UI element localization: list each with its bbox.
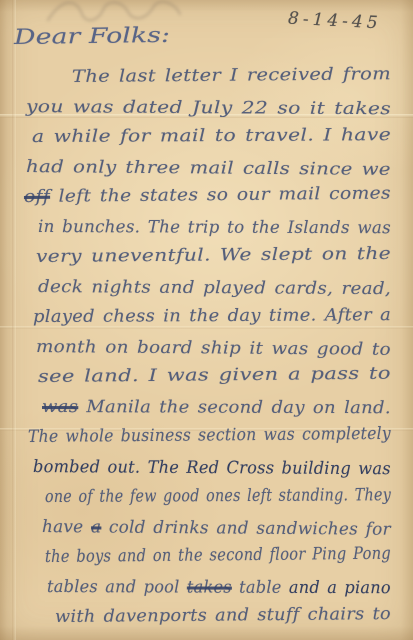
line-text: you was dated July 22 so it takes — [26, 92, 391, 124]
letter-salutation: Dear Folks: — [14, 23, 170, 49]
line-segment: with davenports and stuff chairs to — [55, 604, 391, 627]
line-text: The last letter I received from — [72, 59, 391, 92]
letter-line: off left the states so our mail comes — [0, 182, 413, 212]
letter-line: was Manila the second day on land. — [0, 392, 413, 422]
line-segment: a while for mail to travel. I have — [32, 125, 391, 147]
line-segment: you was dated July 22 so it takes — [26, 97, 391, 119]
line-segment: one of the few good ones left standing. … — [45, 485, 391, 507]
line-segment: Manila the second day on land. — [78, 397, 391, 418]
letter-line: deck nights and played cards, read, — [0, 272, 413, 302]
letter-line: with davenports and stuff chairs to — [0, 602, 413, 632]
letter-line: The last letter I received from — [0, 62, 413, 92]
line-text: off left the states so our mail comes — [24, 178, 391, 212]
line-segment: played chess in the day time. After a — [33, 305, 391, 327]
line-segment: the boys and on the second floor Ping Po… — [45, 544, 391, 567]
letter-line: in bunches. The trip to the Islands was — [0, 212, 413, 242]
line-text: with davenports and stuff chairs to — [55, 599, 391, 632]
letter-line: tables and pool takes table and a piano — [0, 572, 413, 602]
line-segment: have — [42, 517, 91, 537]
letter-paper: 8-14-45 Dear Folks: The last letter I re… — [0, 0, 413, 640]
line-segment: table — [232, 578, 289, 598]
line-segment: cold drinks and sandwiches for — [101, 517, 391, 539]
line-segment: The whole business section was completel… — [28, 424, 391, 447]
letter-body: The last letter I received fromyou was d… — [0, 62, 413, 632]
letter-line: had only three mail calls since we — [0, 152, 413, 182]
letter-line: very uneventful. We slept on the — [0, 242, 413, 272]
line-segment: had only three mail calls since we — [26, 157, 391, 180]
struck-word: off — [24, 187, 50, 207]
line-text: a while for mail to travel. I have — [32, 120, 391, 152]
line-segment: deck nights and played cards, read, — [38, 277, 391, 299]
struck-word: was — [42, 397, 78, 417]
letter-line: one of the few good ones left standing. … — [0, 482, 413, 512]
line-segment: left the states so our mail comes — [50, 183, 391, 206]
line-text: The whole business section was completel… — [28, 419, 391, 452]
line-segment: The last letter I received from — [72, 64, 391, 87]
line-text: bombed out. The Red Cross building was — [33, 452, 391, 484]
struck-word: a — [91, 517, 101, 537]
letter-line: the boys and on the second floor Ping Po… — [0, 542, 413, 572]
line-segment: bombed out. The Red Cross building was — [33, 457, 391, 479]
line-text: the boys and on the second floor Ping Po… — [45, 539, 391, 572]
line-segment: very uneventful. We slept on the — [36, 244, 391, 267]
letter-line: played chess in the day time. After a — [0, 302, 413, 332]
letter-line: The whole business section was completel… — [0, 422, 413, 452]
line-segment: and a piano — [289, 578, 391, 598]
line-text: very uneventful. We slept on the — [36, 239, 391, 272]
line-text: played chess in the day time. After a — [33, 300, 391, 332]
line-segment: see land. I was given a pass to — [38, 364, 391, 387]
line-text: deck nights and played cards, read, — [38, 272, 391, 304]
letter-line: a while for mail to travel. I have — [0, 122, 413, 152]
letter-date: 8-14-45 — [288, 9, 382, 34]
letter-line: bombed out. The Red Cross building was — [0, 452, 413, 482]
struck-word: takes — [187, 577, 232, 597]
line-text: see land. I was given a pass to — [38, 359, 391, 392]
letter-line: see land. I was given a pass to — [0, 362, 413, 392]
letter-line: month on board ship it was good to — [0, 332, 413, 362]
letter-line: you was dated July 22 so it takes — [0, 92, 413, 122]
line-text: one of the few good ones left standing. … — [45, 480, 391, 512]
line-segment: month on board ship it was good to — [36, 337, 391, 360]
line-segment: tables and pool — [47, 577, 187, 597]
letter-line: have a cold drinks and sandwiches for — [0, 512, 413, 542]
line-segment: in bunches. The trip to the Islands was — [38, 217, 391, 238]
